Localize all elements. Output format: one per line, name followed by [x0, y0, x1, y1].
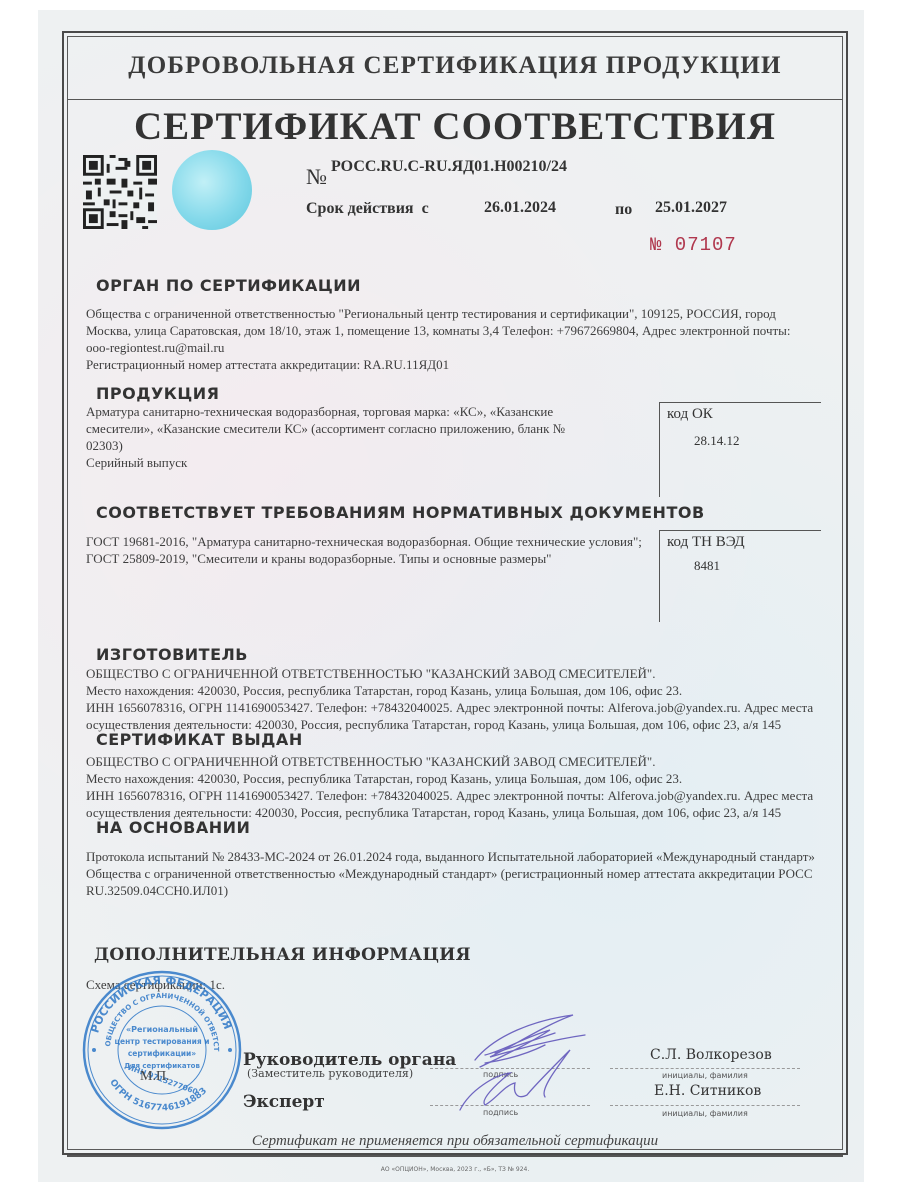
footer-divider [67, 1155, 843, 1157]
tn-ved-code-box: код ТН ВЭД 8481 [659, 530, 821, 622]
certificate-number: РОСС.RU.С-RU.ЯД01.Н00210/24 [331, 158, 567, 176]
product-description: Арматура санитарно-техническая водоразбо… [86, 403, 591, 454]
expert-name-caption: инициалы, фамилия [662, 1109, 748, 1118]
valid-to-date: 25.01.2027 [655, 199, 727, 217]
manufacturer-address: Место нахождения: 420030, Россия, респуб… [86, 682, 826, 699]
additional-info-heading: ДОПОЛНИТЕЛЬНАЯ ИНФОРМАЦИЯ [94, 945, 471, 965]
number-sign: № [306, 164, 327, 190]
svg-text:центр тестирования и: центр тестирования и [114, 1037, 209, 1046]
stamp-place-mark: М.П. [140, 1069, 170, 1085]
voluntary-certification-title: ДОБРОВОЛЬНАЯ СЕРТИФИКАЦИЯ ПРОДУКЦИИ [67, 52, 843, 80]
valid-to-label: по [615, 201, 632, 219]
issued-to-details: ИНН 1656078316, ОГРН 1141690053427. Теле… [86, 787, 816, 821]
manufacturer-details: ИНН 1656078316, ОГРН 1141690053427. Теле… [86, 699, 816, 733]
hologram-seal-icon [172, 150, 252, 230]
footer-note: Сертификат не применяется при обязательн… [67, 1133, 843, 1150]
certification-body-text: Общества с ограниченной ответственностью… [86, 305, 816, 356]
head-name-caption: инициалы, фамилия [662, 1071, 748, 1080]
handwritten-signatures-icon [455, 1005, 605, 1115]
ok-code-label: код ОК [667, 406, 713, 423]
standards-text: ГОСТ 19681-2016, "Арматура санитарно-тех… [86, 533, 656, 567]
qr-code-icon [82, 155, 158, 229]
certification-body-heading: ОРГАН ПО СЕРТИФИКАЦИИ [96, 276, 361, 295]
release-type: Серийный выпуск [86, 454, 591, 471]
expert-label: Эксперт [243, 1092, 325, 1112]
basis-text: Протокола испытаний № 28433-МС-2024 от 2… [86, 848, 816, 899]
product-heading: ПРОДУКЦИЯ [96, 384, 219, 403]
basis-heading: НА ОСНОВАНИИ [96, 818, 250, 837]
header-divider [67, 99, 843, 100]
ok-code-box: код ОК 28.14.12 [659, 402, 821, 497]
blank-serial-number: № 07107 [650, 234, 737, 256]
accreditation-number: Регистрационный номер аттестата аккредит… [86, 356, 816, 373]
organization-stamp-icon: РОССИЙСКАЯ ФЕДЕРАЦИЯ ОБЩЕСТВО С ОГРАНИЧЕ… [80, 968, 244, 1132]
manufacturer-name: ОБЩЕСТВО С ОГРАНИЧЕННОЙ ОТВЕТСТВЕННОСТЬЮ… [86, 665, 826, 682]
issued-to-address: Место нахождения: 420030, Россия, респуб… [86, 770, 826, 787]
tn-ved-code-label: код ТН ВЭД [667, 534, 745, 551]
deputy-head-label: (Заместитель руководителя) [247, 1067, 413, 1080]
issued-to-heading: СЕРТИФИКАТ ВЫДАН [96, 730, 303, 749]
expert-name-line [610, 1105, 800, 1106]
svg-text:«Региональный: «Региональный [126, 1025, 198, 1034]
standards-heading: СООТВЕТСТВУЕТ ТРЕБОВАНИЯМ НОРМАТИВНЫХ ДО… [96, 503, 705, 522]
validity-label: Срок действия с [306, 200, 429, 218]
issued-to-name: ОБЩЕСТВО С ОГРАНИЧЕННОЙ ОТВЕТСТВЕННОСТЬЮ… [86, 753, 826, 770]
expert-name: Е.Н. Ситников [654, 1083, 761, 1099]
printer-imprint: АО «ОПЦИОН», Москва, 2023 г., «Б», ТЗ № … [67, 1166, 843, 1173]
tn-ved-code-value: 8481 [694, 558, 720, 574]
ok-code-value: 28.14.12 [694, 433, 740, 449]
svg-text:сертификации»: сертификации» [128, 1049, 196, 1058]
manufacturer-heading: ИЗГОТОВИТЕЛЬ [96, 645, 248, 664]
valid-from-date: 26.01.2024 [484, 199, 556, 217]
head-name: С.Л. Волкорезов [650, 1047, 772, 1063]
certificate-title: СЕРТИФИКАТ СООТВЕТСТВИЯ [67, 104, 843, 149]
head-name-line [610, 1068, 800, 1069]
